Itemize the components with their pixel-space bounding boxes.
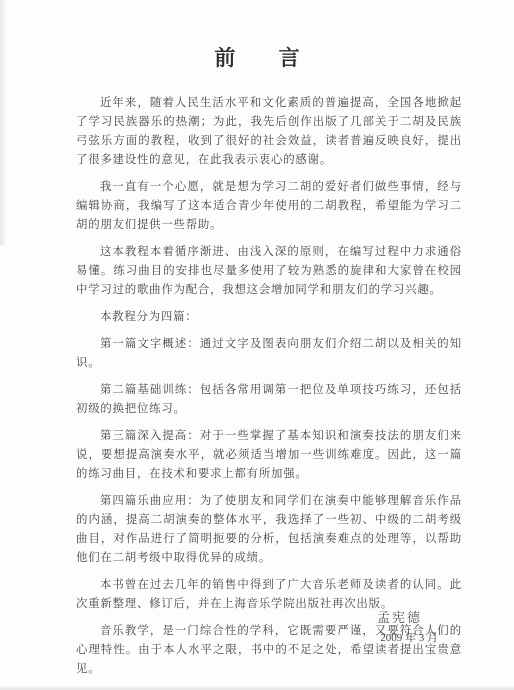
paragraph-5: 第一篇文字概述：通过文字及图表向朋友们介绍二胡以及相关的知识。 xyxy=(76,334,462,372)
paragraph-2: 我一直有一个心愿，就是想为学习二胡的爱好者们做些事情，经与编辑协商，我编写了这本… xyxy=(76,177,462,234)
paragraph-8: 第四篇乐曲应用：为了使朋友和同学们在演奏中能够理解音乐作品的内涵，提高二胡演奏的… xyxy=(76,491,462,567)
paragraph-7: 第三篇深入提高：对于一些掌握了基本知识和演奏技法的朋友们来说，要想提高演奏水平，… xyxy=(76,426,462,483)
preface-body: 近年来，随着人民生活水平和文化素质的普遍提高，全国各地掀起了学习民族器乐的热潮；… xyxy=(76,93,462,686)
title-char-1: 前 xyxy=(214,42,235,72)
paragraph-1: 近年来，随着人民生活水平和文化素质的普遍提高，全国各地掀起了学习民族器乐的热潮；… xyxy=(76,93,462,169)
paragraph-4: 本教程分为四篇： xyxy=(76,307,462,326)
scanned-page: 前 言 近年来，随着人民生活水平和文化素质的普遍提高，全国各地掀起了学习民族器乐… xyxy=(0,0,514,690)
title-char-2: 言 xyxy=(279,42,300,72)
author-name: 孟宪德 xyxy=(377,611,422,626)
signature-date: 2009 年 3 月 xyxy=(0,629,514,645)
author-signature: 孟宪德 xyxy=(0,607,514,626)
scan-edge-shadow xyxy=(0,0,6,245)
paragraph-6: 第二篇基础训练：包括各常用调第一把位及单项技巧练习，还包括初级的换把位练习。 xyxy=(76,380,462,418)
page-title: 前 言 xyxy=(0,42,514,72)
scan-bottom-edge xyxy=(0,686,514,690)
date-text: 2009 年 3 月 xyxy=(380,632,438,644)
paragraph-3: 这本教程本着循序渐进、由浅入深的原则，在编写过程中力求通俗易懂。练习曲目的安排也… xyxy=(76,242,462,299)
